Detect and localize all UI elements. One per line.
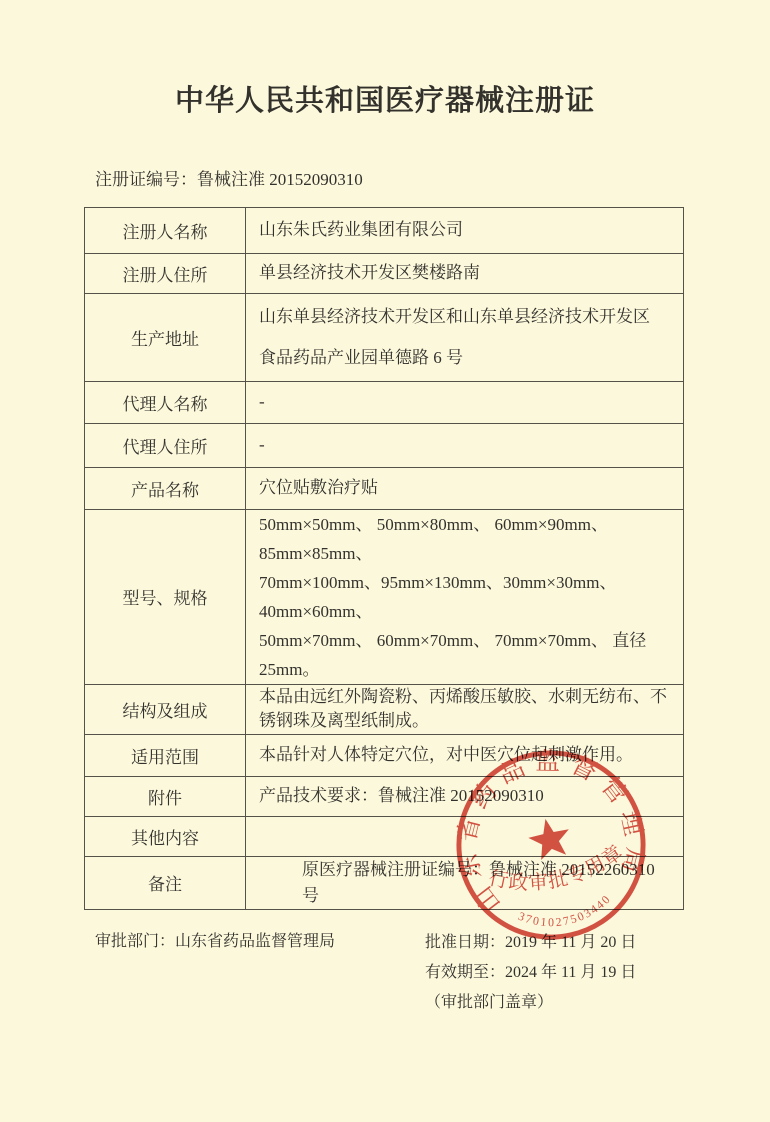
table-row: 产品名称 穴位贴敷治疗贴 [85,467,684,509]
row-label: 产品名称 [85,467,246,509]
row-label: 其他内容 [85,816,246,856]
row-value: - [246,381,684,423]
row-value [246,816,684,856]
valid-until-value: 2024 年 11 月 19 日 [505,964,636,981]
row-label: 生产地址 [85,293,246,381]
date-block: 批准日期：2019 年 11 月 20 日 有效期至：2024 年 11 月 1… [425,928,636,1018]
cert-number-label: 注册证编号： [95,170,197,189]
department-line: 审批部门：山东省药品监督管理局 [95,928,335,951]
row-label: 代理人住所 [85,423,246,467]
table-row: 生产地址 山东单县经济技术开发区和山东单县经济技术开发区 食品药品产业园单德路 … [85,293,684,381]
approval-date-value: 2019 年 11 月 20 日 [505,934,636,951]
table-row: 代理人住所 - [85,423,684,467]
row-value: - [246,423,684,467]
certificate-page: 中华人民共和国医疗器械注册证 注册证编号：鲁械注准 20152090310 注册… [0,0,770,1122]
valid-until-line: 有效期至：2024 年 11 月 19 日 [425,958,636,988]
row-value: 山东朱氏药业集团有限公司 [246,207,684,253]
table-row: 其他内容 [85,816,684,856]
cert-number-value: 鲁械注准 20152090310 [197,170,363,189]
row-label: 代理人名称 [85,381,246,423]
seal-note: （审批部门盖章） [425,988,636,1018]
table-row: 附件 产品技术要求：鲁械注准 20152090310 [85,776,684,816]
table-row: 代理人名称 - [85,381,684,423]
approval-date-label: 批准日期： [425,934,505,951]
row-label: 结构及组成 [85,684,246,734]
row-label: 适用范围 [85,734,246,776]
row-value: 山东单县经济技术开发区和山东单县经济技术开发区 食品药品产业园单德路 6 号 [246,293,684,381]
cert-number-line: 注册证编号：鲁械注准 20152090310 [95,169,770,191]
row-label: 注册人住所 [85,253,246,293]
page-title: 中华人民共和国医疗器械注册证 [0,0,770,119]
department-value: 山东省药品监督管理局 [175,933,335,950]
table-row: 结构及组成 本品由远红外陶瓷粉、丙烯酸压敏胶、水刺无纺布、不 锈钢珠及离型纸制成… [85,684,684,734]
row-value: 本品针对人体特定穴位，对中医穴位起刺激作用。 [246,734,684,776]
row-label: 型号、规格 [85,509,246,684]
table-row: 型号、规格 50mm×50mm、 50mm×80mm、 60mm×90mm、 8… [85,509,684,684]
table-row: 注册人住所 单县经济技术开发区樊楼路南 [85,253,684,293]
table-row: 注册人名称 山东朱氏药业集团有限公司 [85,207,684,253]
row-value: 产品技术要求：鲁械注准 20152090310 [246,776,684,816]
row-value: 50mm×50mm、 50mm×80mm、 60mm×90mm、 85mm×85… [246,509,684,684]
registration-table: 注册人名称 山东朱氏药业集团有限公司 注册人住所 单县经济技术开发区樊楼路南 生… [84,207,684,910]
department-label: 审批部门： [95,933,175,950]
row-label: 附件 [85,776,246,816]
row-label: 注册人名称 [85,207,246,253]
valid-until-label: 有效期至： [425,964,505,981]
row-value: 本品由远红外陶瓷粉、丙烯酸压敏胶、水刺无纺布、不 锈钢珠及离型纸制成。 [246,684,684,734]
table-row: 适用范围 本品针对人体特定穴位，对中医穴位起刺激作用。 [85,734,684,776]
row-label: 备注 [85,856,246,909]
row-value: 穴位贴敷治疗贴 [246,467,684,509]
row-value: 原医疗器械注册证编号：鲁械注准 20152260310 号 [246,856,684,909]
table-row: 备注 原医疗器械注册证编号：鲁械注准 20152260310 号 [85,856,684,909]
approval-date-line: 批准日期：2019 年 11 月 20 日 [425,928,636,958]
row-value: 单县经济技术开发区樊楼路南 [246,253,684,293]
footer: 审批部门：山东省药品监督管理局 批准日期：2019 年 11 月 20 日 有效… [0,918,770,1048]
